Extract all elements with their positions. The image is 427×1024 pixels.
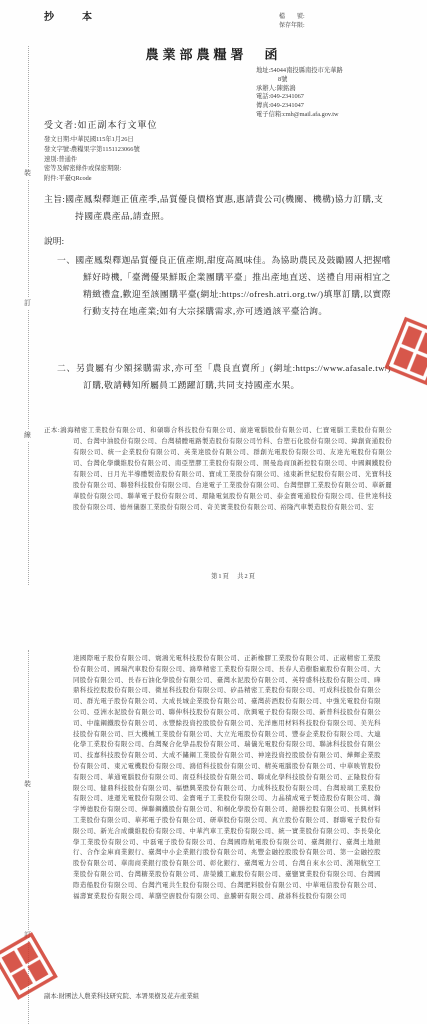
file-number-label: 檔 號: [279,13,305,22]
cc-recipients: 財團法人農業科技研究院、本署果樹及花卉產業組 [59,993,200,1000]
item-1-text: 國產鳳梨釋迦品質優良正值產期,甜度高風味佳。為協助農民及鼓勵國人把握嚐鮮好時機,… [75,255,391,316]
classification: 密等及解密條件或保密期限: [44,164,140,174]
subject-paragraph: 主旨:國產鳳梨釋迦正值產季,品質優良價格實惠,惠請貴公司(機關、機構)協力訂購,… [44,191,392,227]
explanation-label: 說明: [44,234,64,247]
original-recipients-block: 正本:鴻海精密工業股份有限公司、和碩聯合科技股份有限公司、廣達電腦股份有限公司、… [44,425,392,548]
item-2-text: 另貴屬有少額採購需求,亦可至「農良直賣所」(網址:https://www.afa… [76,363,391,390]
priority: 速別:普通件 [44,155,140,165]
email-line: 電子信箱:cmh@mail.afa.gov.tw [256,111,343,120]
cc-label: 副本: [44,993,59,1000]
phone-line: 電話:049-2341067 [256,93,343,102]
original-recipients-continued: 達國際電子股份有限公司、寰鴻光電科技股份有限公司、正新橡膠工業股份有限公司、正崴… [73,654,381,988]
subject-text: 國產鳳梨釋迦正值產季,品質優良價格實惠,惠請貴公司(機關、機構)協力訂購,支持國… [65,194,383,221]
page1-footer: 第1頁 共2頁 [40,571,427,580]
attachment: 附件:平臺QRcode [44,174,140,184]
binding-mark-ding: 訂 [24,298,31,309]
explanation-item-1: 一、國產鳳梨釋迦品質優良正值產期,甜度高風味佳。為協助農民及鼓勵國人把握嚐鮮好時… [57,252,391,355]
binding-mark-zhuang: 裝 [24,168,31,179]
original-label: 正本: [44,427,60,434]
scanned-letter-sheet: 裝 訂 線 抄 本 檔 號: 保存年限: 農業部農糧署 函 地址:54044南投… [0,0,427,1024]
dispatch-number: 發文字號:農糧果字第1151123066號 [44,145,140,155]
original-recipients-page1: 鴻海精密工業股份有限公司、和碩聯合科技股份有限公司、廣達電腦股份有限公司、仁寶電… [60,427,392,511]
binding-dotted-line-page1 [28,46,29,585]
copy-label: 抄 本 [44,8,101,23]
page-title: 農業部農糧署 函 [0,44,427,63]
fax-line: 傳真:049-2341047 [256,102,343,111]
item-2-number: 二、 [57,363,76,373]
address-line1: 地址:54044南投縣南投市光華路 [256,67,343,76]
binding-mark-zhuang-page2: 裝 [24,779,31,790]
recipient-line: 受文者:如正副本行文單位 [44,118,158,131]
seal-icon [0,932,58,1000]
official-seal-stamp-page2 [0,932,58,1000]
retention-period-label: 保存年限: [279,22,305,31]
explanation-item-2: 二、另貴屬有少額採購需求,亦可至「農良直賣所」(網址:https://www.a… [57,360,391,415]
dispatch-date: 發文日期:中華民國115年1月26日 [44,135,140,145]
cc-recipients-block: 副本:財團法人農業科技研究院、本署果樹及花卉產業組 [44,991,392,1002]
address-line2: 8號 [256,76,343,85]
subject-label: 主旨: [44,194,65,204]
binding-mark-xian: 線 [24,430,31,441]
dispatch-meta-block: 發文日期:中華民國115年1月26日 發文字號:農糧果字第1151123066號… [44,135,140,184]
item-1-number: 一、 [57,255,75,265]
file-number-block: 檔 號: 保存年限: [279,13,305,31]
agency-contact-block: 地址:54044南投縣南投市光華路 8號 承辦人:陳銘鴻 電話:049-2341… [256,67,343,120]
